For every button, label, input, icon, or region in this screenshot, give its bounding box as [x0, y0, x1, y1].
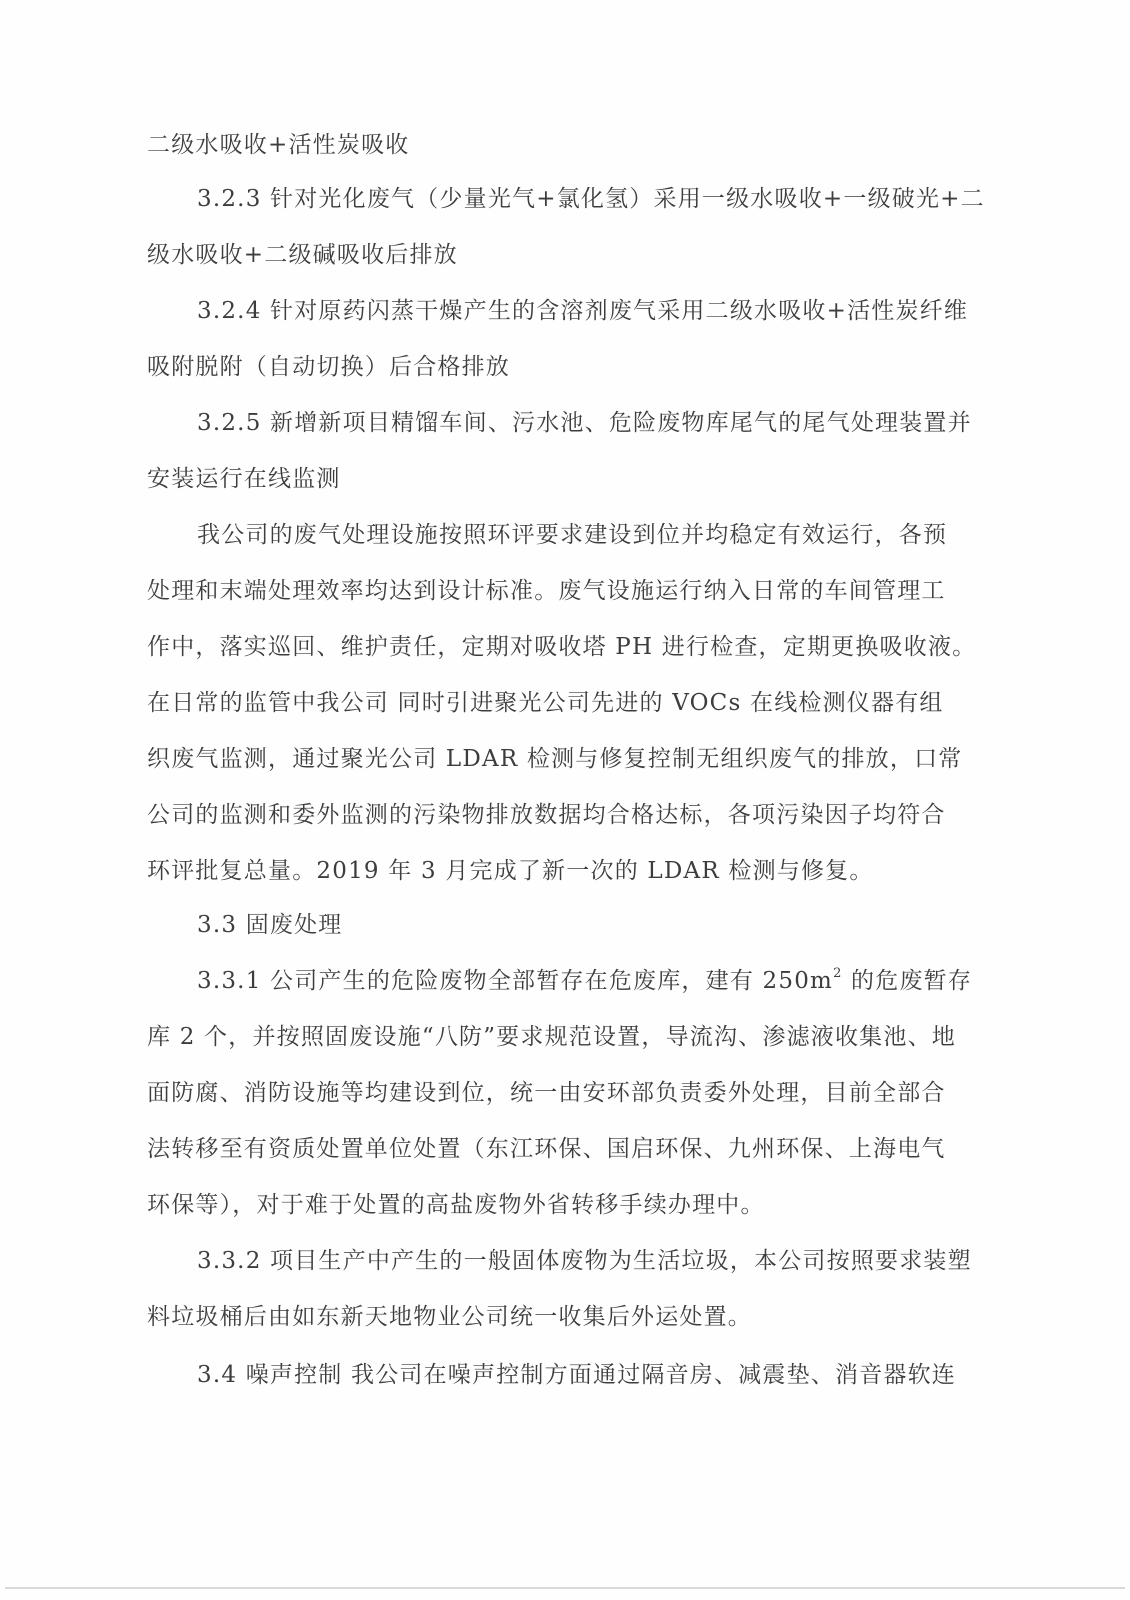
text-span: 3.3.1 公司产生的危险废物全部暂存在危废库，建有 250m — [197, 968, 833, 994]
text-line: 织废气监测，通过聚光公司 LDAR 检测与修复控制无组织废气的排放，口常 — [147, 744, 977, 774]
section-3-2-4: 3.2.4 针对原药闪蒸干燥产生的含溶剂废气采用二级水吸收+活性炭纤维 — [197, 296, 1027, 326]
text-line: 法转移至有资质处置单位处置（东江环保、国启环保、九州环保、上海电气 — [147, 1134, 977, 1164]
page-bottom-rule — [5, 1587, 1125, 1589]
superscript: 2 — [833, 966, 842, 981]
text-line: 二级水吸收+活性炭吸收 — [147, 130, 977, 160]
text-line: 作中，落实巡回、维护责任，定期对吸收塔 PH 进行检查，定期更换吸收液。 — [147, 632, 977, 662]
section-3-4: 3.4 噪声控制 我公司在噪声控制方面通过隔音房、减震垫、消音器软连 — [197, 1360, 1027, 1390]
text-line: 处理和末端处理效率均达到设计标准。废气设施运行纳入日常的车间管理工 — [147, 576, 977, 606]
text-line: 公司的监测和委外监测的污染物排放数据均合格达标，各项污染因子均符合 — [147, 800, 977, 830]
section-3-2-3: 3.2.3 针对光化废气（少量光气+氯化氢）采用一级水吸收+一级破光+二 — [197, 184, 1027, 214]
section-3-2-5: 3.2.5 新增新项目精馏车间、污水池、危险废物库尾气的尾气处理装置并 — [197, 408, 1027, 438]
document-page: 二级水吸收+活性炭吸收 3.2.3 针对光化废气（少量光气+氯化氢）采用一级水吸… — [0, 0, 1130, 1600]
text-line: 级水吸收+二级碱吸收后排放 — [147, 240, 977, 270]
section-3-3-2: 3.3.2 项目生产中产生的一般固体废物为生活垃圾，本公司按照要求装塑 — [197, 1246, 1027, 1276]
text-line: 面防腐、消防设施等均建设到位，统一由安环部负责委外处理，目前全部合 — [147, 1078, 977, 1108]
text-line: 库 2 个，并按照固废设施“八防”要求规范设置，导流沟、渗滤液收集池、地 — [147, 1022, 977, 1052]
paragraph-start: 我公司的废气处理设施按照环评要求建设到位并均稳定有效运行，各预 — [197, 520, 1027, 550]
text-line: 安装运行在线监测 — [147, 464, 977, 494]
text-line: 环评批复总量。2019 年 3 月完成了新一次的 LDAR 检测与修复。 — [147, 856, 977, 886]
text-span: 的危废暂存 — [843, 968, 973, 994]
text-line: 吸附脱附（自动切换）后合格排放 — [147, 352, 977, 382]
text-line: 在日常的监管中我公司 同时引进聚光公司先进的 VOCs 在线检测仪器有组 — [147, 688, 977, 718]
text-line: 料垃圾桶后由如东新天地物业公司统一收集后外运处置。 — [147, 1302, 977, 1332]
text-line: 环保等），对于难于处置的高盐废物外省转移手续办理中。 — [147, 1190, 977, 1220]
section-3-3-1: 3.3.1 公司产生的危险废物全部暂存在危废库，建有 250m2 的危废暂存 — [197, 966, 1027, 996]
section-heading-3-3: 3.3 固废处理 — [197, 910, 1027, 940]
